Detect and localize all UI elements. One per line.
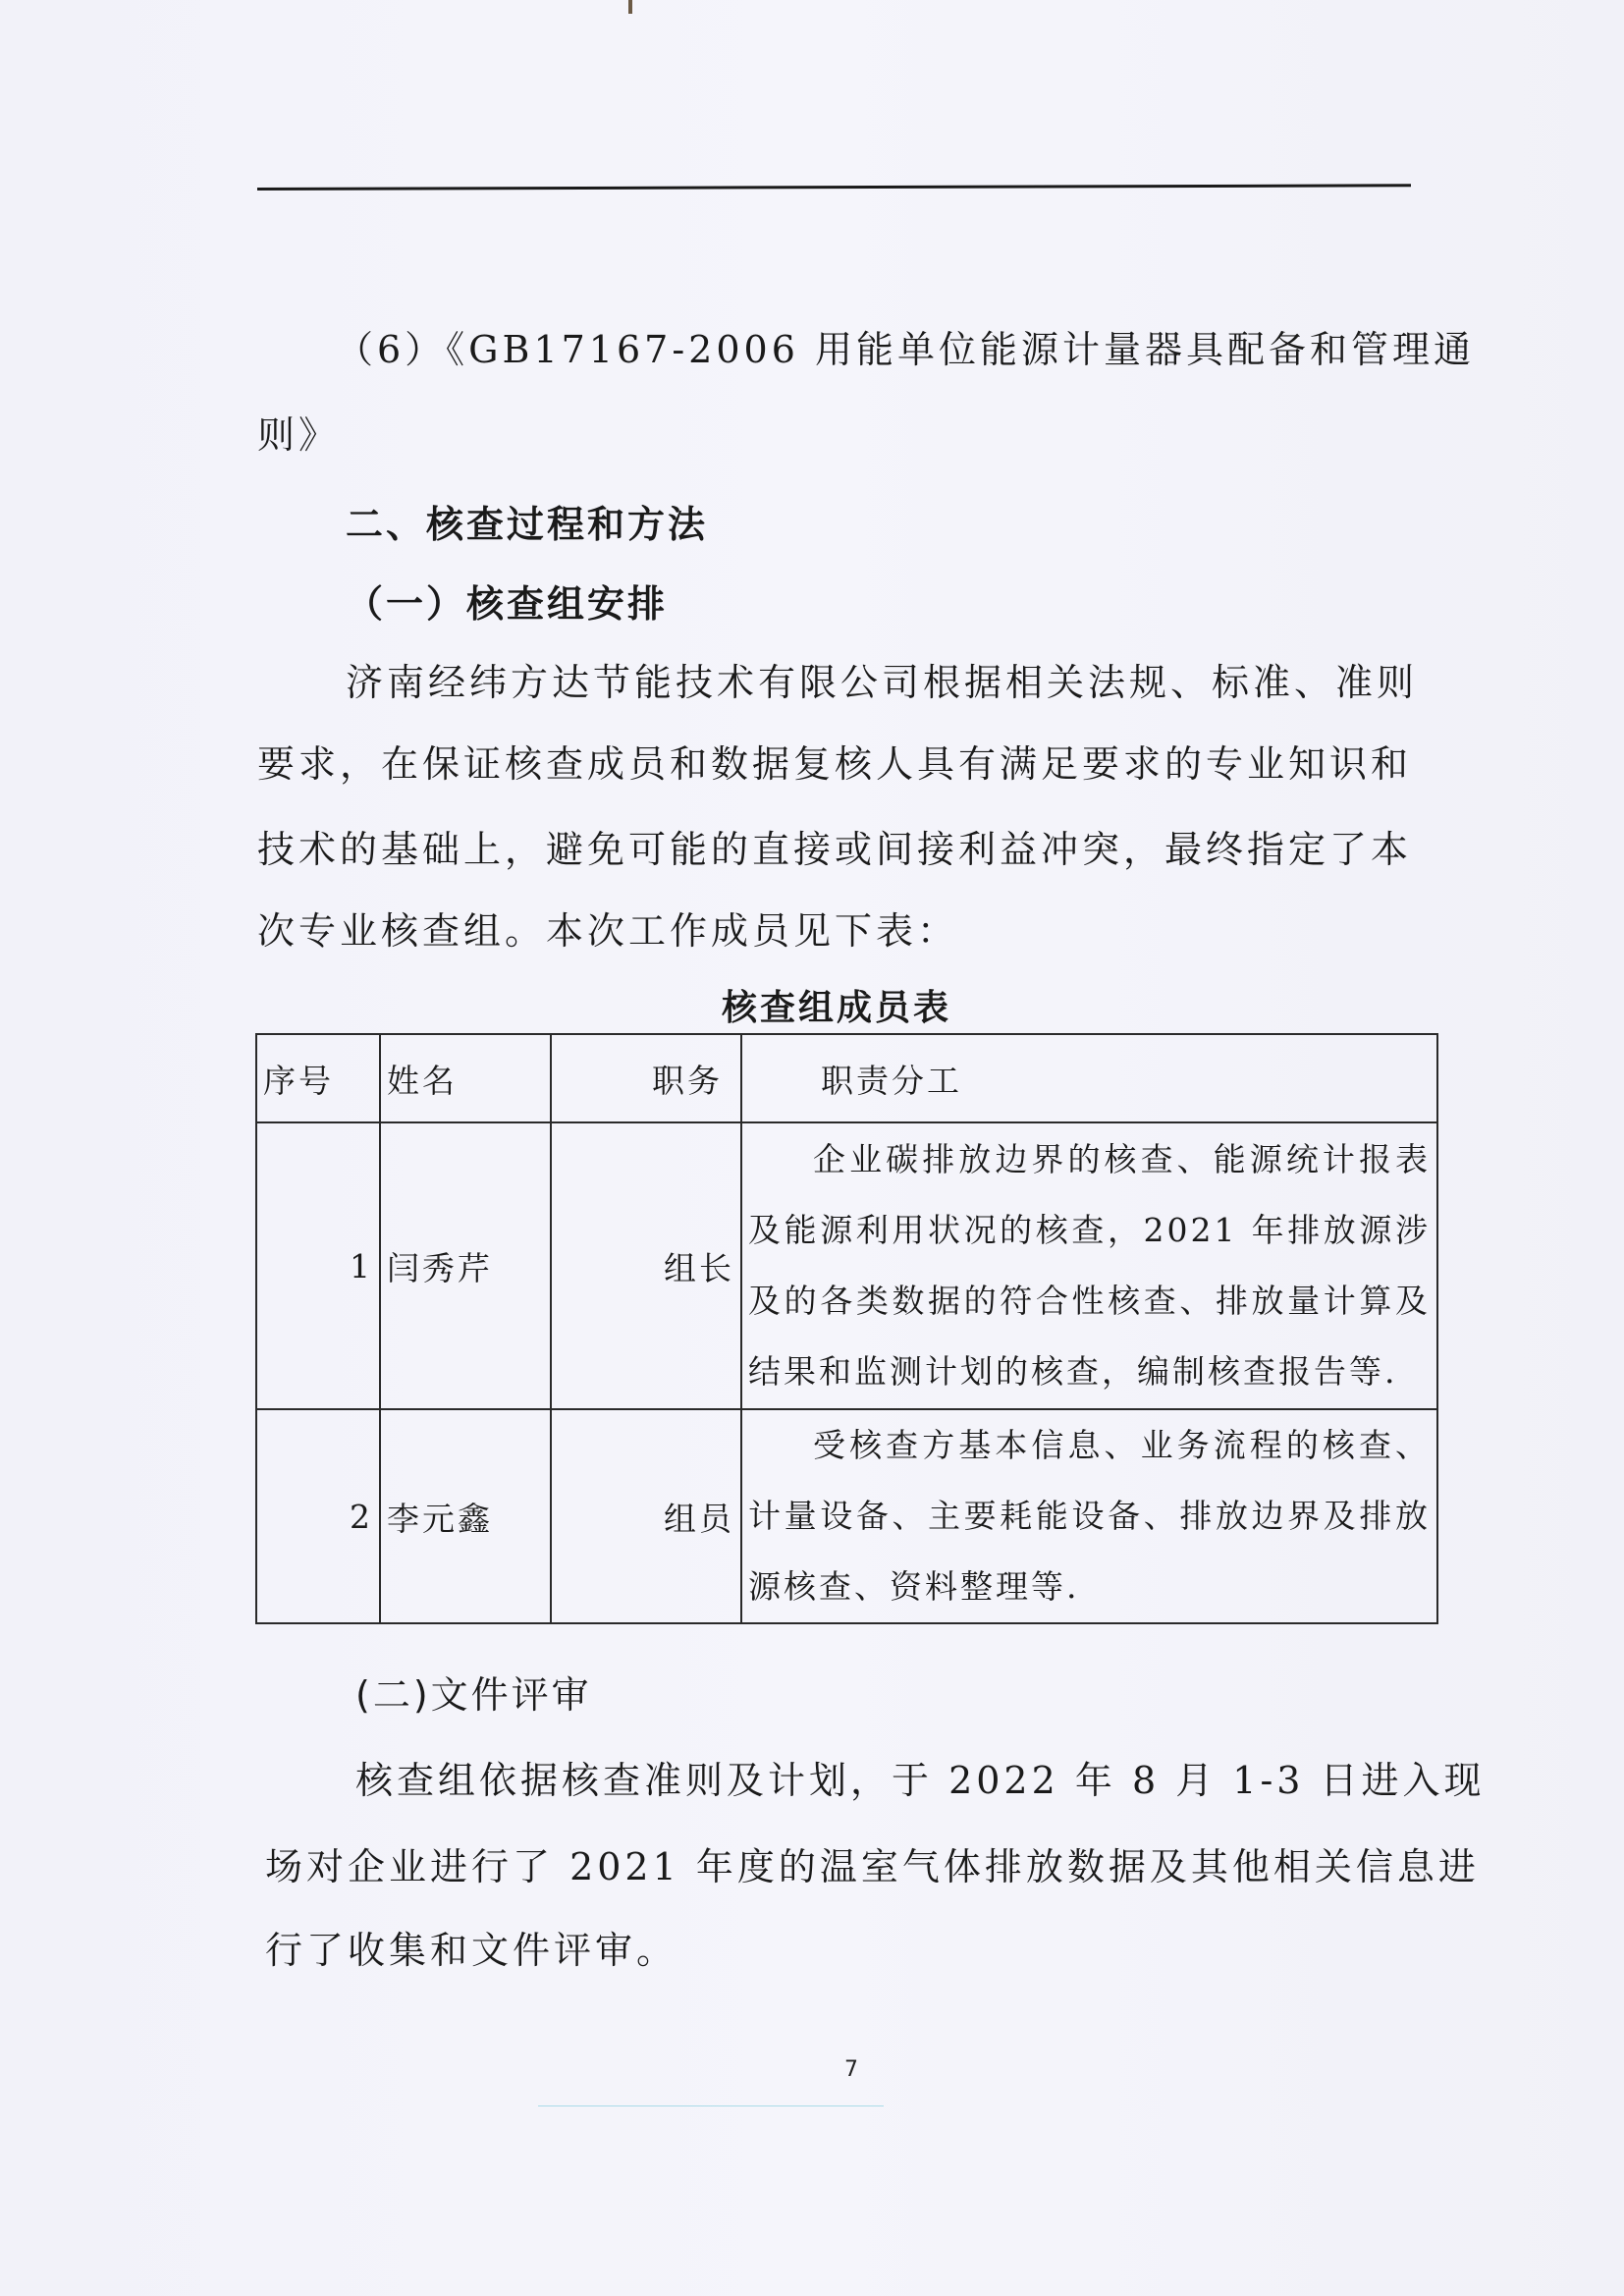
cell-responsibilities: 受核查方基本信息、业务流程的核查、计量设备、主要耗能设备、排放边界及排放源核查、… (741, 1409, 1437, 1623)
table-row: 2 李元鑫 组员 受核查方基本信息、业务流程的核查、计量设备、主要耗能设备、排放… (256, 1409, 1437, 1623)
subsection-heading-team-arrangement: （一）核查组安排 (346, 581, 668, 627)
table-row: 1 闫秀芹 组长 企业碳排放边界的核查、能源统计报表及能源利用状况的核查，202… (256, 1122, 1437, 1409)
team-members-table: 序号 姓名 职务 职责分工 1 闫秀芹 组长 企业碳排放边界的核查、能源统计报表… (255, 1033, 1438, 1624)
table-header-row: 序号 姓名 职务 职责分工 (256, 1034, 1437, 1122)
section-heading-verification-process: 二、核查过程和方法 (346, 502, 708, 547)
team-arrangement-paragraph-line-2: 要求，在保证核查成员和数据复核人具有满足要求的专业知识和 (257, 741, 1412, 787)
footer-rule (538, 2105, 884, 2106)
cell-serial-number: 1 (256, 1122, 380, 1409)
header-responsibilities: 职责分工 (741, 1034, 1437, 1122)
header-rule (257, 184, 1411, 191)
header-name: 姓名 (380, 1034, 551, 1122)
reference-item-6-line-2: 则》 (257, 412, 340, 458)
cell-responsibilities: 企业碳排放边界的核查、能源统计报表及能源利用状况的核查，2021 年排放源涉及的… (741, 1122, 1437, 1409)
subsection-heading-document-review: (二)文件评审 (355, 1672, 592, 1718)
page-number: 7 (844, 2057, 858, 2082)
cell-name: 李元鑫 (380, 1409, 551, 1623)
table-title: 核查组成员表 (722, 987, 951, 1030)
cell-position: 组员 (551, 1409, 741, 1623)
document-review-paragraph-line-2: 场对企业进行了 2021 年度的温室气体排放数据及其他相关信息进 (265, 1844, 1480, 1889)
team-arrangement-paragraph-line-4: 次专业核查组。本次工作成员见下表： (257, 908, 958, 954)
cell-serial-number: 2 (256, 1409, 380, 1623)
reference-item-6-line-1: （6）《GB17167-2006 用能单位能源计量器具配备和管理通 (336, 327, 1475, 372)
binding-mark (628, 0, 632, 14)
cell-name: 闫秀芹 (380, 1122, 551, 1409)
cell-position: 组长 (551, 1122, 741, 1409)
team-arrangement-paragraph-line-1: 济南经纬方达节能技术有限公司根据相关法规、标准、准则 (346, 660, 1418, 705)
header-position: 职务 (551, 1034, 741, 1122)
team-arrangement-paragraph-line-3: 技术的基础上，避免可能的直接或间接利益冲突，最终指定了本 (257, 827, 1412, 872)
document-review-paragraph-line-1: 核查组依据核查准则及计划，于 2022 年 8 月 1-3 日进入现 (355, 1758, 1486, 1803)
header-serial-number: 序号 (256, 1034, 380, 1122)
document-page: （6）《GB17167-2006 用能单位能源计量器具配备和管理通 则》 二、核… (0, 0, 1624, 2296)
document-review-paragraph-line-3: 行了收集和文件评审。 (265, 1928, 677, 1973)
